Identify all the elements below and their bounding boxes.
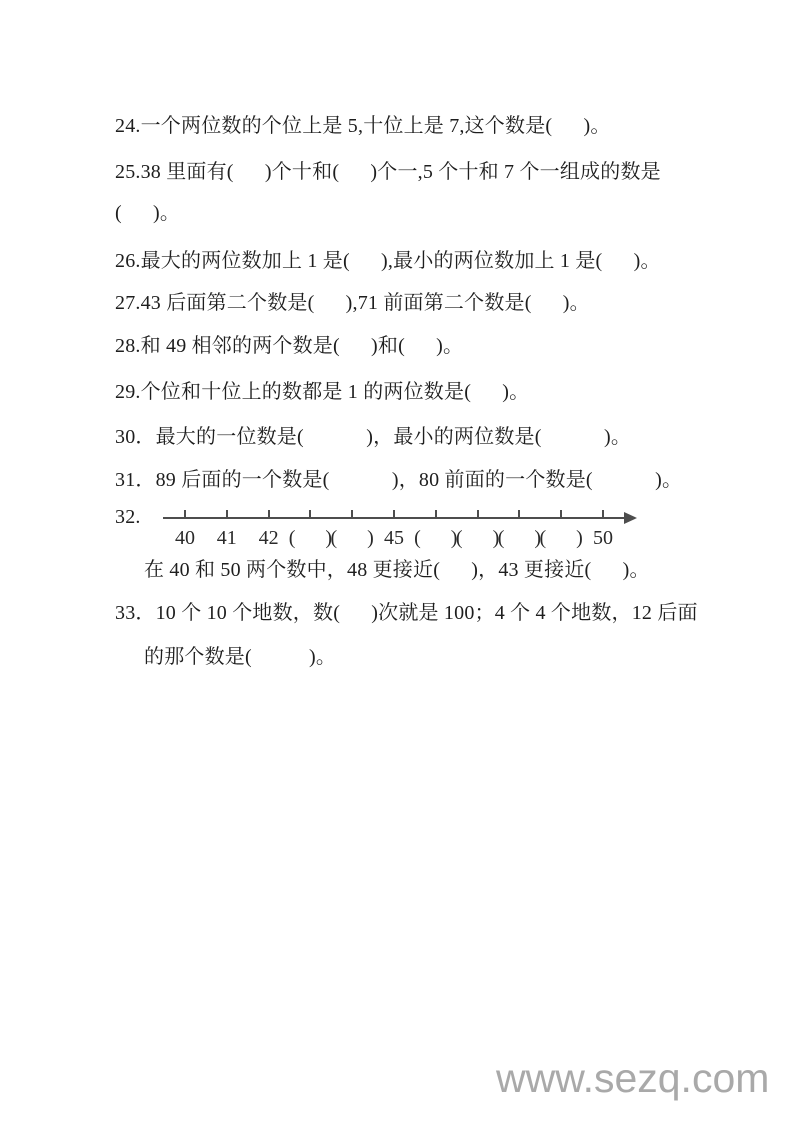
- question-24-text: 24.一个两位数的个位上是 5,十位上是 7,这个数是( )。: [115, 113, 611, 139]
- number-line-tick-label: 50: [593, 526, 613, 550]
- question-32-number: 32.: [115, 504, 141, 530]
- number-line-tick-label: 45: [384, 526, 404, 550]
- number-line-tick-label: ( ): [414, 526, 457, 550]
- question-30-text: 30．最大的一位数是( )，最小的两位数是( )。: [115, 424, 631, 450]
- number-line-tick: [268, 510, 270, 518]
- question-28-text: 28.和 49 相邻的两个数是( )和( )。: [115, 333, 463, 359]
- number-line-figure: 404142( )( )45( )( )( )( )50: [163, 505, 643, 565]
- number-line-tick: [602, 510, 604, 518]
- number-line-tick-label: ( ): [498, 526, 541, 550]
- question-33-text-continued: 的那个数是( )。: [144, 644, 336, 670]
- number-line-tick: [351, 510, 353, 518]
- number-line-tick-label: 41: [217, 526, 237, 550]
- number-line-tick: [477, 510, 479, 518]
- number-line-tick-label: 40: [175, 526, 195, 550]
- question-25-text: 25.38 里面有( )个十和( )个一,5 个十和 7 个一组成的数是: [115, 159, 661, 185]
- number-line-tick-label: ( ): [331, 526, 374, 550]
- question-27-text: 27.43 后面第二个数是( ),71 前面第二个数是( )。: [115, 290, 590, 316]
- number-line-tick: [309, 510, 311, 518]
- question-25-text-continued: ( )。: [115, 200, 180, 226]
- question-31-text: 31．89 后面的一个数是( )，80 前面的一个数是( )。: [115, 467, 682, 493]
- number-line-tick-label: ( ): [456, 526, 499, 550]
- number-line-tick: [435, 510, 437, 518]
- question-32-text: 在 40 和 50 两个数中，48 更接近( )，43 更接近( )。: [144, 557, 650, 583]
- question-26-text: 26.最大的两位数加上 1 是( ),最小的两位数加上 1 是( )。: [115, 248, 661, 274]
- number-line-tick: [184, 510, 186, 518]
- number-line-tick-label: 42: [259, 526, 279, 550]
- number-line-tick-label: ( ): [540, 526, 583, 550]
- number-line-tick-label: ( ): [289, 526, 332, 550]
- number-line-tick: [393, 510, 395, 518]
- question-33-text: 33．10 个 10 个地数，数( )次就是 100；4 个 4 个地数，12 …: [115, 600, 698, 626]
- worksheet-page: 24.一个两位数的个位上是 5,十位上是 7,这个数是( )。 25.38 里面…: [0, 0, 800, 1131]
- number-line-arrowhead-icon: [624, 512, 637, 524]
- number-line-tick: [560, 510, 562, 518]
- number-line-tick: [226, 510, 228, 518]
- watermark-text: www.sezq.com: [496, 1055, 769, 1101]
- number-line-tick: [518, 510, 520, 518]
- question-29-text: 29.个位和十位上的数都是 1 的两位数是( )。: [115, 379, 529, 405]
